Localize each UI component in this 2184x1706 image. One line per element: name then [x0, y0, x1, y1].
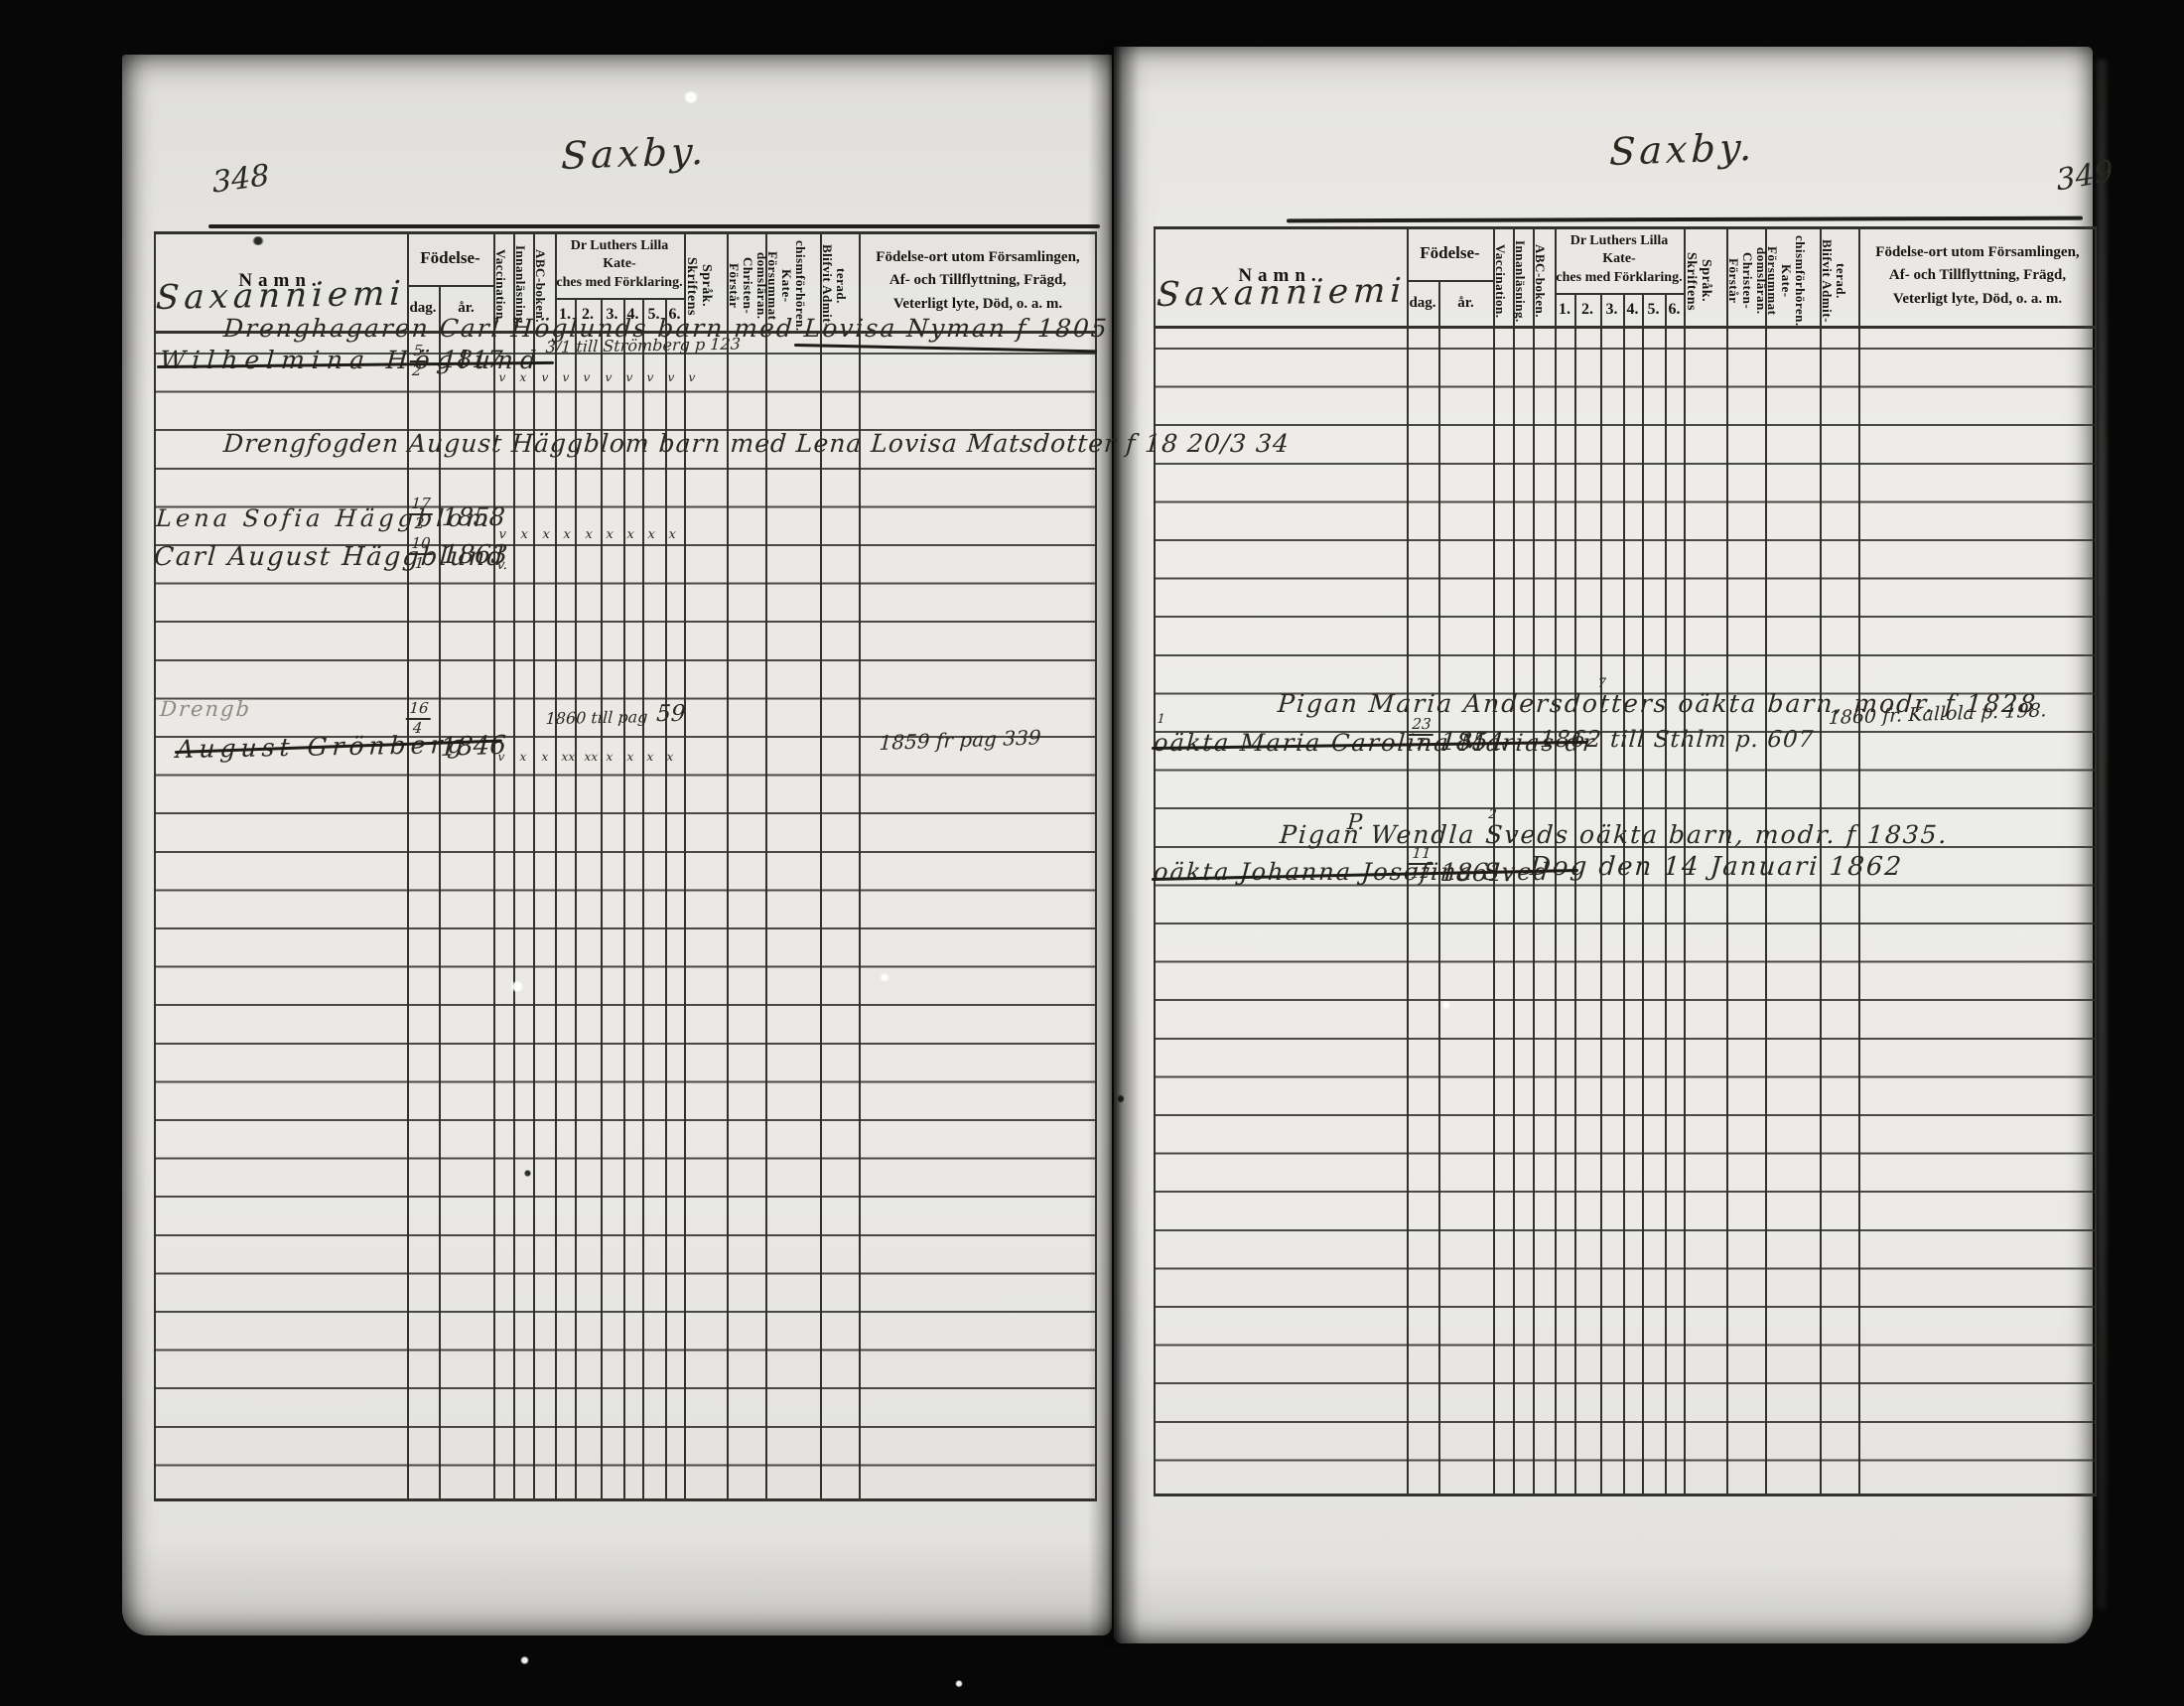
- page-title-left: Saxby.: [561, 132, 709, 175]
- col-header-forstar: Förstår Christen- domsläran.: [1726, 226, 1765, 326]
- birth-year: 1858: [441, 504, 505, 529]
- page-title-right: Saxby.: [1609, 128, 1757, 171]
- col-header-vaccination: Vaccination.: [1493, 226, 1513, 326]
- mark: v: [562, 371, 570, 383]
- mark: x: [519, 371, 527, 383]
- col-header-kateches-3: 3.: [1600, 293, 1623, 326]
- col-header-skriftens-sprak: Skriftens Språk.: [1684, 226, 1726, 326]
- fraction-numerator: 17: [408, 497, 434, 515]
- mark: x: [541, 751, 549, 763]
- mark: v: [497, 751, 505, 763]
- page-number-left: 348: [211, 161, 270, 199]
- col-header-kateches: Dr Luthers Lilla Kate-ches med Förklarin…: [555, 231, 684, 298]
- superscript-note: 2: [1488, 808, 1497, 821]
- birth-day: 237: [1408, 717, 1435, 752]
- mark: xx: [584, 751, 598, 763]
- col-header-forsummat-text: Försummat Kate- chismförhören.: [1765, 226, 1820, 331]
- margin-note: 1860 till pag: [545, 709, 648, 727]
- col-header-kateches-4: 4.: [1623, 293, 1642, 326]
- col-header-kateches: Dr Luthers Lilla Kate-ches med Förklarin…: [1555, 226, 1684, 293]
- kateches-title-line2: ches med Förklaring.: [1556, 269, 1682, 287]
- fodelseort-line3: Veterligt lyte, Död, o. a. m.: [1893, 288, 2062, 311]
- entry-heading: Drengfogden August Häggblom barn med Len…: [222, 431, 1291, 456]
- mark: x: [520, 528, 528, 541]
- mark: v: [667, 371, 675, 383]
- col-header-innanlasning: Innanläsning.: [1513, 226, 1533, 326]
- mark: v: [541, 371, 549, 383]
- col-header-blifvit-text: Blifvit Admit- terad.: [1820, 226, 1858, 331]
- mark: x: [647, 528, 655, 541]
- mark: v: [625, 371, 633, 383]
- header-bottom-line: [1154, 326, 2097, 329]
- fraction-numerator: 11: [1409, 846, 1434, 865]
- fodelseort-line2: Af- och Tillflyttning, Frägd,: [889, 269, 1066, 292]
- fodelseort-line1: Födelse-ort utom Församlingen,: [1875, 241, 2079, 264]
- fraction-denominator: 2: [407, 515, 433, 531]
- kateches-title-line2: ches med Förklaring.: [556, 274, 682, 292]
- col-header-fodelse: Födelse-: [407, 231, 493, 285]
- col-header-innanlasning-text: Innanläsning.: [1513, 226, 1533, 331]
- col-header-vaccination-text: Vaccination.: [1493, 226, 1513, 331]
- fodelseort-line1: Födelse-ort utom Församlingen,: [876, 246, 1079, 269]
- margin-note: 3/1 till Strömberg p 123: [545, 337, 741, 355]
- death-note: Dog den 14 Januari 1862: [1529, 854, 1904, 880]
- mark: x: [646, 751, 654, 763]
- mark: x: [606, 528, 614, 541]
- col-header-ar: år.: [1438, 280, 1493, 326]
- birth-day: 101: [407, 536, 435, 571]
- birth-year: 1846: [440, 733, 506, 761]
- col-header-kateches-2: 2.: [1574, 293, 1600, 326]
- col-header-kateches-1: 1.: [1555, 293, 1574, 326]
- fodelseort-line3: Veterligt lyte, Död, o. a. m.: [893, 293, 1062, 316]
- col-header-fodelse: Födelse-: [1407, 226, 1493, 280]
- entry-heading: Pigan Wendla Sveds oäkta barn, modr. f 1…: [1279, 822, 1949, 847]
- table-bottom-border: [1154, 1493, 2097, 1496]
- register-table-left: Namn.Födelse-dag.år.Vaccination.Innanläs…: [154, 231, 1097, 1501]
- mark: v: [583, 371, 591, 383]
- margin-note: 59: [655, 703, 686, 726]
- col-header-skriftens-sprak-text: Skriftens Språk.: [1684, 226, 1726, 331]
- mark: x: [626, 751, 634, 763]
- fraction-numerator: 5: [410, 344, 427, 362]
- birth-day: 1112: [1408, 846, 1435, 881]
- removal-note: 1859 fr pag 339: [879, 727, 1041, 753]
- microfilm-scan: Namn.Födelse-dag.år.Vaccination.Innanläs…: [0, 0, 2184, 1706]
- mark: v: [688, 371, 696, 383]
- col-header-abc-boken-text: ABC-boken.: [1533, 226, 1555, 331]
- fraction-numerator: 23: [1409, 717, 1434, 736]
- fraction-denominator: 4: [405, 720, 431, 736]
- kateches-title-line1: Dr Luthers Lilla Kate-: [1555, 232, 1684, 268]
- film-edge: [2097, 60, 2107, 1609]
- col-header-blifvit: Blifvit Admit- terad.: [1820, 226, 1858, 326]
- col-header-kateches-5: 5.: [1642, 293, 1665, 326]
- mark: xx: [561, 751, 575, 763]
- col-header-forsummat: Försummat Kate- chismförhören.: [1765, 226, 1820, 326]
- col-header-dag: dag.: [1407, 280, 1438, 326]
- col-header-abc-boken: ABC-boken.: [1533, 226, 1555, 326]
- dust-speck: [955, 1680, 963, 1687]
- mark: x: [606, 751, 614, 763]
- fodelseort-line2: Af- och Tillflyttning, Frägd,: [1889, 264, 2066, 287]
- mark: x: [563, 528, 571, 541]
- mark: v: [498, 371, 506, 383]
- dust-speck: [520, 1656, 529, 1664]
- kateches-title-line1: Dr Luthers Lilla Kate-: [555, 237, 684, 273]
- col-header-forstar-text: Förstår Christen- domsläran.: [1726, 226, 1765, 331]
- village-label-left: Saxanniemi: [155, 277, 406, 315]
- row-lines: [1154, 348, 2097, 1483]
- superscript-note: 1: [1157, 713, 1165, 726]
- mark: x: [542, 528, 550, 541]
- birth-day: 172: [407, 497, 435, 531]
- col-header-fodelseort: Födelse-ort utom Församlingen,Af- och Ti…: [1858, 226, 2097, 326]
- village-label-right: Saxanniemi: [1156, 274, 1407, 312]
- birth-day: 52: [409, 344, 427, 378]
- mark: x: [666, 751, 674, 763]
- entry-name-faint: Drengb: [160, 699, 252, 720]
- fraction-numerator: 10: [408, 536, 434, 555]
- birth-year: 1817: [441, 348, 503, 371]
- mark: x: [585, 528, 593, 541]
- col-header-kateches-6: 6.: [1665, 293, 1684, 326]
- table-bottom-border: [154, 1498, 1097, 1501]
- headline-rule-left: [208, 224, 1100, 228]
- birth-day: 164: [405, 701, 433, 736]
- mark: x: [626, 528, 634, 541]
- superscript-note: 7: [1597, 677, 1606, 690]
- fraction-numerator: 16: [406, 701, 432, 720]
- mark: v: [605, 371, 613, 383]
- mark: v: [646, 371, 654, 383]
- mark: x: [668, 528, 676, 541]
- fraction-denominator: 1: [407, 555, 433, 571]
- mark: x: [519, 751, 527, 763]
- mark: v.: [496, 558, 508, 572]
